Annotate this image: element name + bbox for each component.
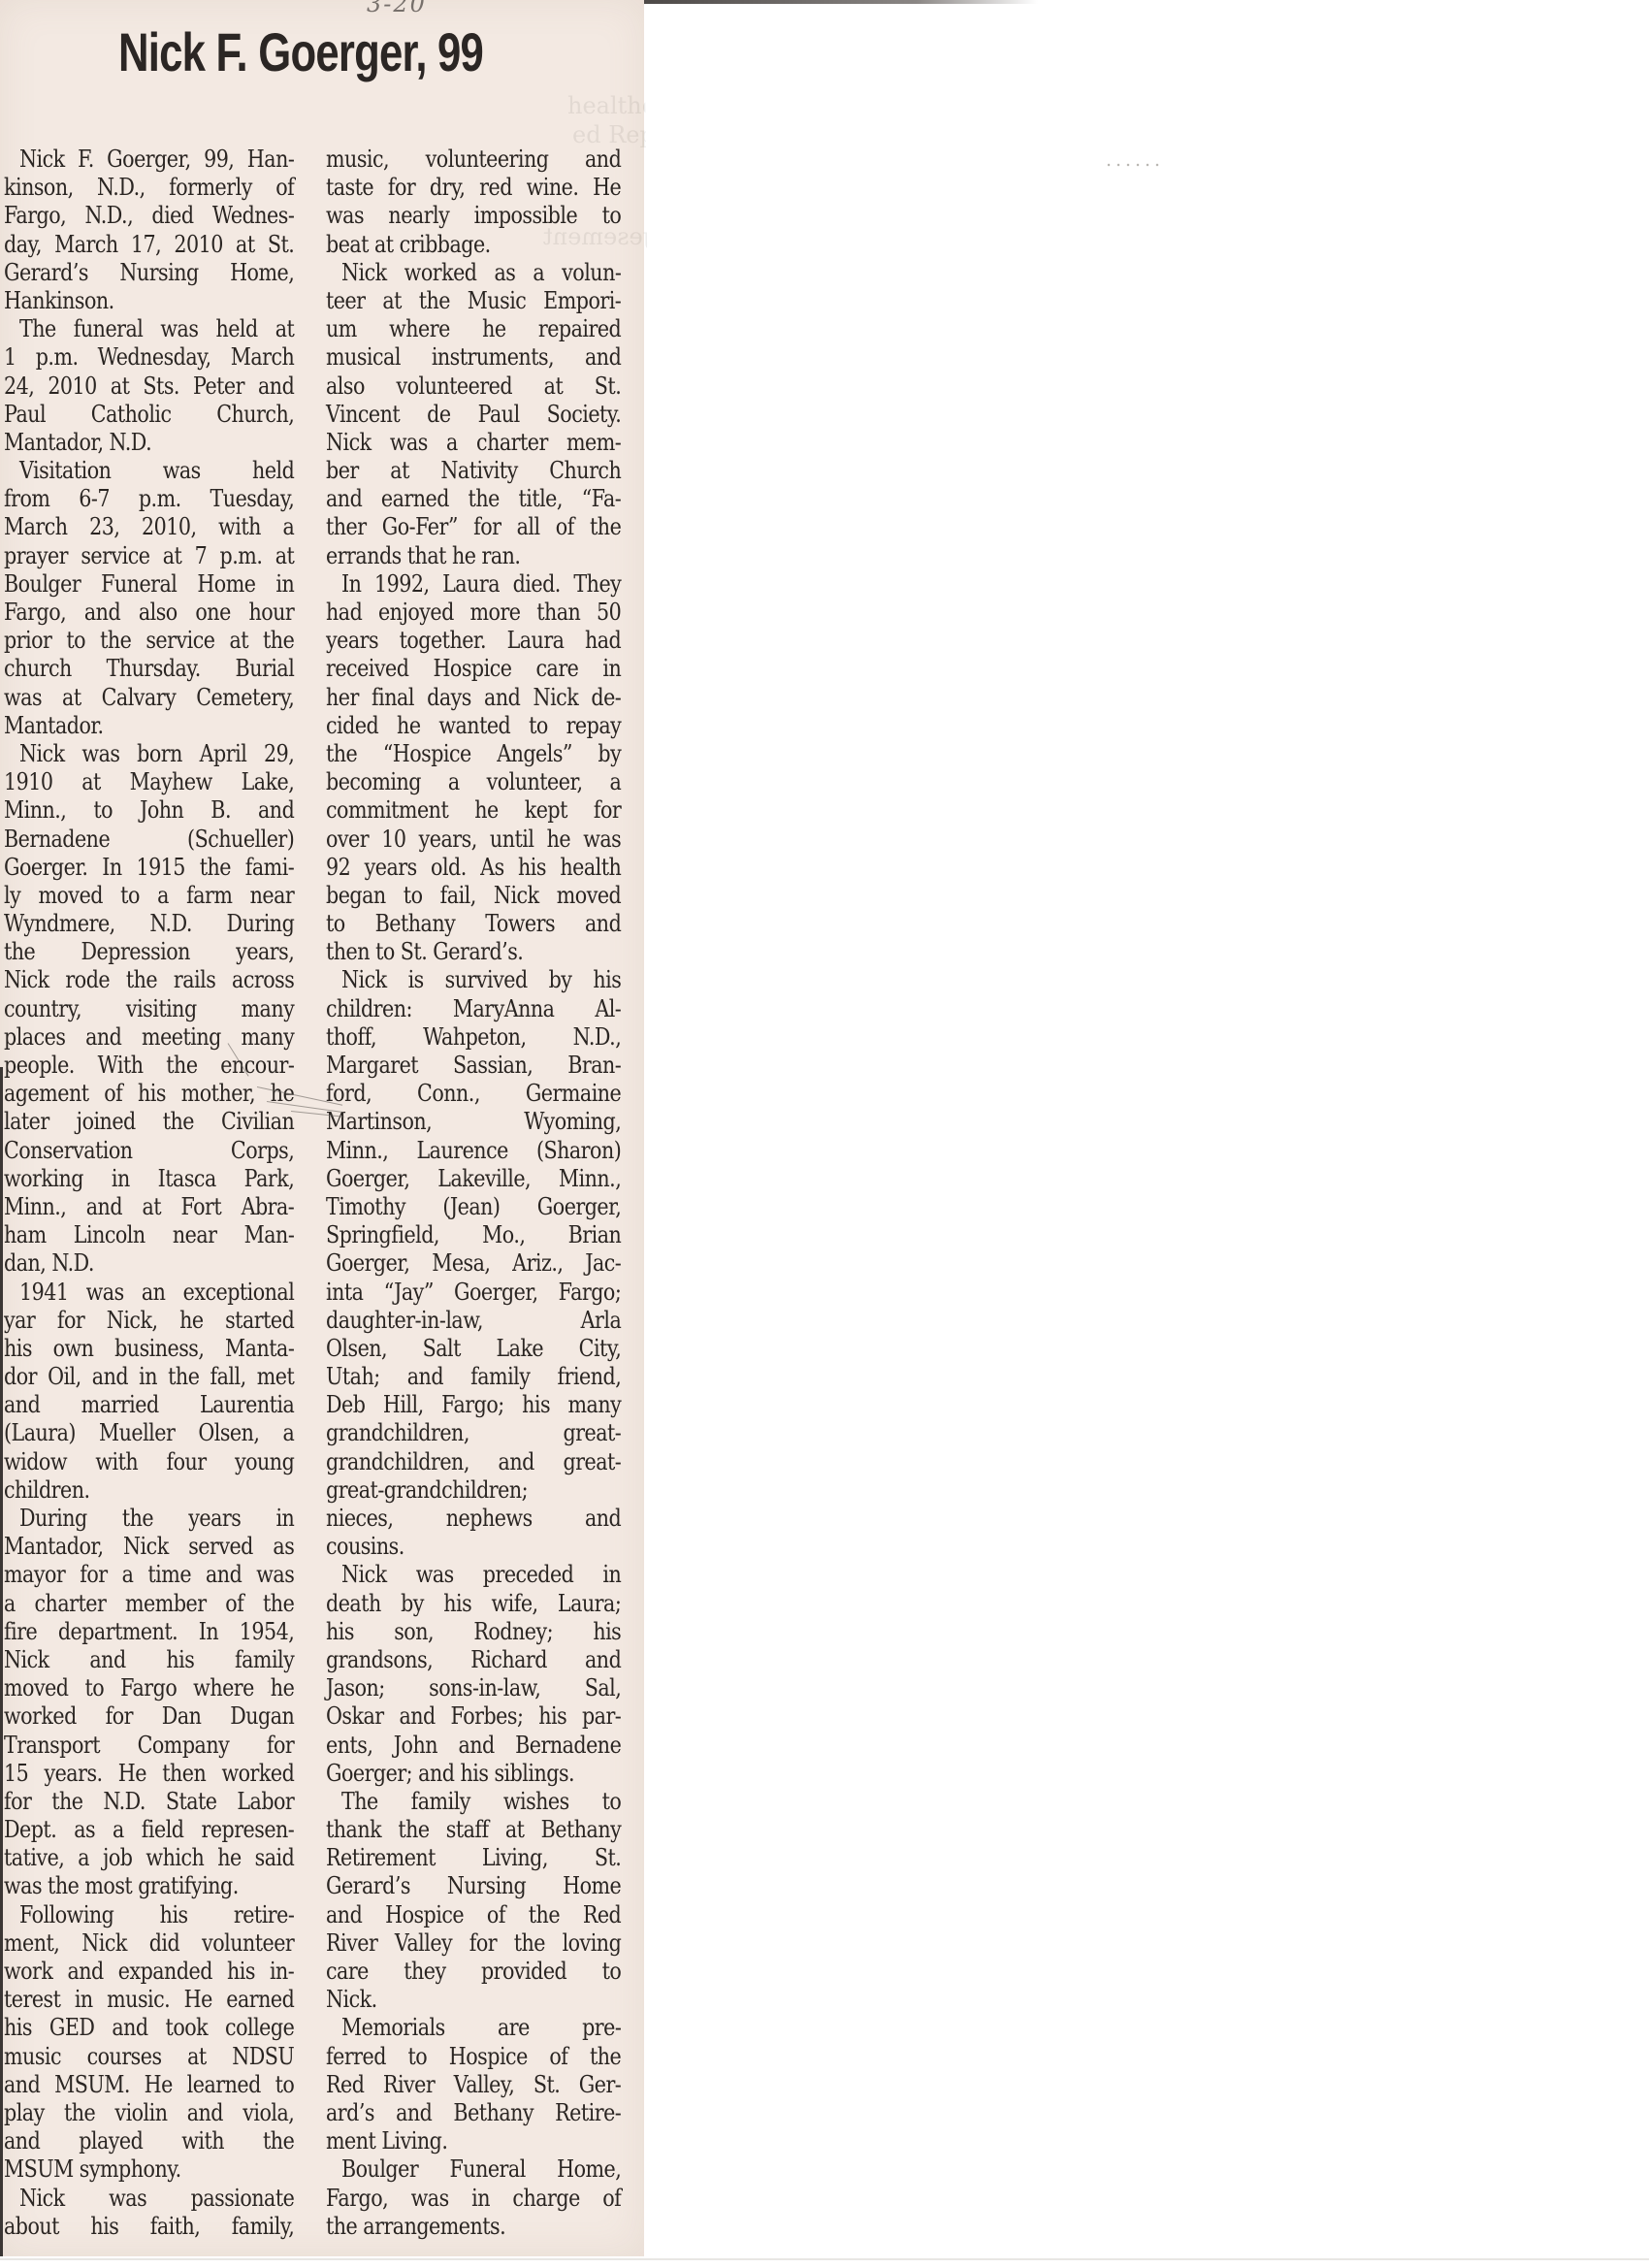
text-line: for the N.D. State Labor — [4, 1788, 295, 1816]
text-line: tative, a job which he said — [4, 1844, 295, 1872]
scanner-edge-strip — [630, 0, 1038, 4]
text-line: Goerger, Mesa, Ariz., Jac- — [326, 1249, 622, 1278]
text-line-content: ford, Conn., Germaine — [326, 1080, 621, 1108]
text-line-content: Nick and his family — [4, 1646, 294, 1674]
text-line: prior to the service at the — [4, 627, 295, 655]
text-line: ment, Nick did volunteer — [4, 1929, 295, 1958]
text-line: Mantador, Nick served as — [4, 1533, 295, 1561]
text-line: Goerger; and his siblings. — [326, 1760, 622, 1788]
text-line: country, visiting many — [4, 995, 295, 1023]
text-line: Fargo, N.D., died Wednes- — [4, 202, 295, 230]
text-line-content: Boulger Funeral Home in — [4, 570, 294, 599]
text-line-content: was the most gratifying. — [4, 1872, 294, 1900]
text-line: worked for Dan Dugan — [4, 1702, 295, 1731]
text-line-content: and played with the — [4, 2127, 294, 2155]
text-line: daughter-in-law, Arla — [326, 1307, 622, 1335]
text-line-content: Visitation was held — [19, 457, 294, 485]
text-line-content: grandchildren, and great- — [326, 1448, 621, 1476]
text-line: and played with the — [4, 2127, 295, 2155]
text-line-content: Red River Valley, St. Ger- — [326, 2071, 621, 2099]
text-line-content: music, volunteering and — [326, 146, 621, 174]
text-line: to Bethany Towers and — [326, 910, 622, 938]
text-line-content: from 6-7 p.m. Tuesday, — [4, 485, 294, 513]
text-line-content: ents, John and Bernadene — [326, 1732, 621, 1760]
text-line: moved to Fargo where he — [4, 1674, 295, 1702]
text-line-content: ly moved to a farm near — [4, 882, 294, 910]
text-line: grandsons, Richard and — [326, 1646, 622, 1674]
text-line-content: children: MaryAnna Al- — [326, 995, 621, 1023]
text-line-content: (Laura) Mueller Olsen, a — [4, 1419, 294, 1447]
text-line: inta “Jay” Goerger, Fargo; — [326, 1279, 622, 1307]
obituary-headline: Nick F. Goerger, 99 — [118, 17, 483, 87]
text-line-content: Nick F. Goerger, 99, Han- — [19, 146, 294, 174]
text-line-content: great-grandchildren; — [326, 1476, 621, 1505]
text-line: death by his wife, Laura; — [326, 1590, 622, 1618]
text-line: music courses at NDSU — [4, 2043, 295, 2071]
scan-bottom-edge — [0, 2258, 1649, 2260]
text-line: Nick rode the rails across — [4, 966, 295, 994]
text-line-content: care they provided to — [326, 1958, 621, 1986]
text-line-content: ferred to Hospice of the — [326, 2043, 621, 2071]
text-line-content: Nick rode the rails across — [4, 966, 294, 994]
text-line-content: 15 years. He then worked — [4, 1760, 294, 1788]
text-line-content: daughter-in-law, Arla — [326, 1307, 621, 1335]
text-line-content: Minn., Laurence (Sharon) — [326, 1137, 621, 1165]
text-line-content: had enjoyed more than 50 — [326, 599, 621, 627]
text-line-content: Margaret Sassian, Bran- — [326, 1052, 621, 1080]
text-line-content: prayer service at 7 p.m. at — [4, 542, 294, 570]
text-line-content: Nick was passionate — [19, 2185, 294, 2213]
text-line: people. With the encour- — [4, 1052, 295, 1080]
bleed-through-text: ed Represe — [572, 121, 705, 148]
text-line-content: Gerard’s Nursing Home — [326, 1872, 621, 1900]
text-line-content: The family wishes to — [341, 1788, 621, 1816]
article-column-right: music, volunteering andtaste for dry, re… — [326, 146, 622, 2241]
text-line: ham Lincoln near Man- — [4, 1221, 295, 1249]
paragraph-first-line: The funeral was held at — [4, 315, 295, 343]
text-line-content: musical instruments, and — [326, 343, 621, 372]
text-line: Goerger, Lakeville, Minn., — [326, 1165, 622, 1193]
text-line-content: ther Go-Fer” for all of the — [326, 513, 621, 541]
text-line-content: River Valley for the loving — [326, 1929, 621, 1958]
text-line: ents, John and Bernadene — [326, 1732, 622, 1760]
text-line-content: teer at the Music Empori- — [326, 287, 621, 315]
text-line-content: Transport Company for — [4, 1732, 294, 1760]
text-line: (Laura) Mueller Olsen, a — [4, 1419, 295, 1447]
text-line: grandchildren, and great- — [326, 1448, 622, 1476]
text-line: Fargo, and also one hour — [4, 599, 295, 627]
text-line-content: Hankinson. — [4, 287, 294, 315]
text-line: beat at cribbage. — [326, 231, 622, 259]
text-line-content: Timothy (Jean) Goerger, — [326, 1193, 621, 1221]
text-line: children. — [4, 1476, 295, 1505]
text-line: March 23, 2010, with a — [4, 513, 295, 541]
text-line-content: Minn., and at Fort Abra- — [4, 1193, 294, 1221]
paragraph-first-line: Nick was passionate — [4, 2185, 295, 2213]
text-line-content: beat at cribbage. — [326, 231, 621, 259]
text-line-content: Jason; sons-in-law, Sal, — [326, 1674, 621, 1702]
text-line-content: Mantador, Nick served as — [4, 1533, 294, 1561]
text-line: agement of his mother, he — [4, 1080, 295, 1108]
text-line-content: Olsen, Salt Lake City, — [326, 1335, 621, 1363]
text-line-content: cided he wanted to repay — [326, 712, 621, 740]
text-line: Dept. as a field represen- — [4, 1816, 295, 1844]
text-line-content: the arrangements. — [326, 2213, 621, 2241]
text-line: teer at the Music Empori- — [326, 287, 622, 315]
text-line-content: agement of his mother, he — [4, 1080, 294, 1108]
text-line: Mantador. — [4, 712, 295, 740]
text-line: ber at Nativity Church — [326, 457, 622, 485]
text-line-content: Goerger, Mesa, Ariz., Jac- — [326, 1249, 621, 1278]
paragraph-first-line: In 1992, Laura died. They — [326, 570, 622, 599]
text-line: children: MaryAnna Al- — [326, 995, 622, 1023]
text-line-content: Paul Catholic Church, — [4, 401, 294, 429]
text-line-content: terest in music. He earned — [4, 1986, 294, 2014]
text-line: yar for Nick, he started — [4, 1307, 295, 1335]
text-line-content: to Bethany Towers and — [326, 910, 621, 938]
text-line-content: grandsons, Richard and — [326, 1646, 621, 1674]
text-line-content: widow with four young — [4, 1448, 294, 1476]
text-line-content: and married Laurentia — [4, 1391, 294, 1419]
paragraph-first-line: Nick is survived by his — [326, 966, 622, 994]
text-line: Mantador, N.D. — [4, 429, 295, 457]
text-line-content: Goerger. In 1915 the fami- — [4, 854, 294, 882]
text-line: Jason; sons-in-law, Sal, — [326, 1674, 622, 1702]
text-line: was the most gratifying. — [4, 1872, 295, 1900]
text-line: Timothy (Jean) Goerger, — [326, 1193, 622, 1221]
text-line: work and expanded his in- — [4, 1958, 295, 1986]
text-line-content: day, March 17, 2010 at St. — [4, 231, 294, 259]
text-line-content: In 1992, Laura died. They — [341, 570, 621, 599]
text-line: Olsen, Salt Lake City, — [326, 1335, 622, 1363]
text-line-content: becoming a volunteer, a — [326, 768, 621, 796]
text-line: 1 p.m. Wednesday, March — [4, 343, 295, 372]
text-line: Paul Catholic Church, — [4, 401, 295, 429]
text-line: working in Itasca Park, — [4, 1165, 295, 1193]
text-line: places and meeting many — [4, 1023, 295, 1052]
text-line-content: thoff, Wahpeton, N.D., — [326, 1023, 621, 1052]
text-line: and Hospice of the Red — [326, 1901, 622, 1929]
text-line-content: dan, N.D. — [4, 1249, 294, 1278]
text-line: day, March 17, 2010 at St. — [4, 231, 295, 259]
paragraph-first-line: During the years in — [4, 1505, 295, 1533]
text-line: Springfield, Mo., Brian — [326, 1221, 622, 1249]
text-line-content: moved to Fargo where he — [4, 1674, 294, 1702]
text-line-content: then to St. Gerard’s. — [326, 938, 621, 966]
text-line: church Thursday. Burial — [4, 655, 295, 683]
text-line-content: about his faith, family, — [4, 2213, 294, 2241]
text-line: Nick was a charter mem- — [326, 429, 622, 457]
text-line-content: ber at Nativity Church — [326, 457, 621, 485]
text-line-content: dor Oil, and in the fall, met — [4, 1363, 294, 1391]
text-line-content: Mantador, N.D. — [4, 429, 294, 457]
text-line-content: a charter member of the — [4, 1590, 294, 1618]
text-line: was nearly impossible to — [326, 202, 622, 230]
text-line: River Valley for the loving — [326, 1929, 622, 1958]
text-line-content: Nick is survived by his — [341, 966, 621, 994]
text-line: nieces, nephews and — [326, 1505, 622, 1533]
text-line: Gerard’s Nursing Home — [326, 1872, 622, 1900]
text-line: Retirement Living, St. — [326, 1844, 622, 1872]
text-line: grandchildren, great- — [326, 1419, 622, 1447]
text-line-content: Mantador. — [4, 712, 294, 740]
text-line-content: his GED and took college — [4, 2014, 294, 2042]
text-line: Minn., Laurence (Sharon) — [326, 1137, 622, 1165]
text-line-content: her final days and Nick de- — [326, 684, 621, 712]
text-line: began to fail, Nick moved — [326, 882, 622, 910]
text-line: Fargo, was in charge of — [326, 2185, 622, 2213]
newspaper-clipping: 3-20 Nick F. Goerger, 99 healthc ed Repr… — [0, 0, 644, 2256]
text-line-content: kinson, N.D., formerly of — [4, 174, 294, 202]
text-line-content: The funeral was held at — [19, 315, 294, 343]
text-line-content: Minn., to John B. and — [4, 796, 294, 825]
text-line-content: yar for Nick, he started — [4, 1307, 294, 1335]
text-line: ther Go-Fer” for all of the — [326, 513, 622, 541]
text-line-content: Nick worked as a volun- — [341, 259, 621, 287]
text-line: his GED and took college — [4, 2014, 295, 2042]
text-line: errands that he ran. — [326, 542, 622, 570]
text-line: was at Calvary Cemetery, — [4, 684, 295, 712]
text-line-content: During the years in — [19, 1505, 294, 1533]
text-line: ment Living. — [326, 2127, 622, 2155]
text-line-content: ham Lincoln near Man- — [4, 1221, 294, 1249]
text-line: um where he repaired — [326, 315, 622, 343]
text-line: ferred to Hospice of the — [326, 2043, 622, 2071]
text-line-content: ment, Nick did volunteer — [4, 1929, 294, 1958]
text-line-content: music courses at NDSU — [4, 2043, 294, 2071]
article-column-left: Nick F. Goerger, 99, Han-kinson, N.D., f… — [4, 146, 295, 2241]
text-line-content: 24, 2010 at Sts. Peter and — [4, 373, 294, 401]
text-line: his own business, Manta- — [4, 1335, 295, 1363]
text-line: commitment he kept for — [326, 796, 622, 825]
text-line: Minn., and at Fort Abra- — [4, 1193, 295, 1221]
text-line-content: Bernadene (Schueller) — [4, 826, 294, 854]
text-line-content: nieces, nephews and — [326, 1505, 621, 1533]
text-line: Nick. — [326, 1986, 622, 2014]
text-line-content: Wyndmere, N.D. During — [4, 910, 294, 938]
text-line-content: ard’s and Bethany Retire- — [326, 2099, 621, 2127]
scan-dust-specks — [1104, 163, 1162, 167]
text-line-content: 1941 was an exceptional — [19, 1279, 294, 1307]
text-line-content: prior to the service at the — [4, 627, 294, 655]
text-line-content: inta “Jay” Goerger, Fargo; — [326, 1279, 621, 1307]
text-line-content: cousins. — [326, 1533, 621, 1561]
paragraph-first-line: Nick was preceded in — [326, 1561, 622, 1589]
paragraph-first-line: Memorials are pre- — [326, 2014, 622, 2042]
text-line: cided he wanted to repay — [326, 712, 622, 740]
text-line: and married Laurentia — [4, 1391, 295, 1419]
text-line-content: people. With the encour- — [4, 1052, 294, 1080]
text-line: Hankinson. — [4, 287, 295, 315]
text-line-content: taste for dry, red wine. He — [326, 174, 621, 202]
text-line-content: commitment he kept for — [326, 796, 621, 825]
text-line: music, volunteering and — [326, 146, 622, 174]
text-line-content: places and meeting many — [4, 1023, 294, 1052]
text-line-content: Vincent de Paul Society. — [326, 401, 621, 429]
text-line: Margaret Sassian, Bran- — [326, 1052, 622, 1080]
text-line: terest in music. He earned — [4, 1986, 295, 2014]
text-line-content: 1910 at Mayhew Lake, — [4, 768, 294, 796]
handwritten-date-note: 3-20 — [367, 0, 427, 17]
text-line: about his faith, family, — [4, 2213, 295, 2241]
text-line: Conservation Corps, — [4, 1137, 295, 1165]
text-line: cousins. — [326, 1533, 622, 1561]
text-line-content: Nick was a charter mem- — [326, 429, 621, 457]
text-line-content: church Thursday. Burial — [4, 655, 294, 683]
text-line-content: and MSUM. He learned to — [4, 2071, 294, 2099]
text-line: mayor for a time and was — [4, 1561, 295, 1589]
text-line-content: his son, Rodney; his — [326, 1618, 621, 1646]
text-line: received Hospice care in — [326, 655, 622, 683]
text-line: a charter member of the — [4, 1590, 295, 1618]
text-line-content: Nick was born April 29, — [19, 740, 294, 768]
text-line: the “Hospice Angels” by — [326, 740, 622, 768]
text-line: Transport Company for — [4, 1732, 295, 1760]
scan-left-border — [0, 1067, 3, 2260]
text-line-content: Fargo, and also one hour — [4, 599, 294, 627]
text-line-content: was nearly impossible to — [326, 202, 621, 230]
text-line: play the violin and viola, — [4, 2099, 295, 2127]
text-line-content: death by his wife, Laura; — [326, 1590, 621, 1618]
text-line-content: Dept. as a field represen- — [4, 1816, 294, 1844]
text-line-content: Following his retire- — [19, 1901, 294, 1929]
text-line-content: work and expanded his in- — [4, 1958, 294, 1986]
text-line-content: Fargo, was in charge of — [326, 2185, 621, 2213]
text-line-content: and earned the title, “Fa- — [326, 485, 621, 513]
text-line-content: Gerard’s Nursing Home, — [4, 259, 294, 287]
text-line-content: and Hospice of the Red — [326, 1901, 621, 1929]
text-line: later joined the Civilian — [4, 1108, 295, 1136]
text-line: becoming a volunteer, a — [326, 768, 622, 796]
text-line-content: Martinson, Wyoming, — [326, 1108, 621, 1136]
text-line-content: Memorials are pre- — [341, 2014, 621, 2042]
text-line: ly moved to a farm near — [4, 882, 295, 910]
paragraph-first-line: 1941 was an exceptional — [4, 1279, 295, 1307]
text-line-content: working in Itasca Park, — [4, 1165, 294, 1193]
text-line-content: errands that he ran. — [326, 542, 621, 570]
text-line: dor Oil, and in the fall, met — [4, 1363, 295, 1391]
text-line-content: mayor for a time and was — [4, 1561, 294, 1589]
text-line: Red River Valley, St. Ger- — [326, 2071, 622, 2099]
text-line: Gerard’s Nursing Home, — [4, 259, 295, 287]
text-line-content: Nick was preceded in — [341, 1561, 621, 1589]
text-line: Nick and his family — [4, 1646, 295, 1674]
text-line-content: fire department. In 1954, — [4, 1618, 294, 1646]
paragraph-first-line: Nick worked as a volun- — [326, 259, 622, 287]
text-line: Utah; and family friend, — [326, 1363, 622, 1391]
text-line: MSUM symphony. — [4, 2155, 295, 2184]
text-line: the arrangements. — [326, 2213, 622, 2241]
text-line-content: Utah; and family friend, — [326, 1363, 621, 1391]
text-line: Bernadene (Schueller) — [4, 826, 295, 854]
text-line-content: Springfield, Mo., Brian — [326, 1221, 621, 1249]
text-line: dan, N.D. — [4, 1249, 295, 1278]
text-line-content: MSUM symphony. — [4, 2155, 294, 2184]
text-line: great-grandchildren; — [326, 1476, 622, 1505]
text-line: Minn., to John B. and — [4, 796, 295, 825]
text-line: kinson, N.D., formerly of — [4, 174, 295, 202]
text-line: ford, Conn., Germaine — [326, 1080, 622, 1108]
text-line-content: the Depression years, — [4, 938, 294, 966]
paragraph-first-line: Boulger Funeral Home, — [326, 2155, 622, 2184]
text-line: Deb Hill, Fargo; his many — [326, 1391, 622, 1419]
text-line-content: the “Hospice Angels” by — [326, 740, 621, 768]
text-line: then to St. Gerard’s. — [326, 938, 622, 966]
text-line: and earned the title, “Fa- — [326, 485, 622, 513]
text-line: from 6-7 p.m. Tuesday, — [4, 485, 295, 513]
text-line-content: worked for Dan Dugan — [4, 1702, 294, 1731]
text-line-content: Boulger Funeral Home, — [341, 2155, 621, 2184]
text-line-content: Nick. — [326, 1986, 621, 2014]
text-line-content: play the violin and viola, — [4, 2099, 294, 2127]
text-line: ard’s and Bethany Retire- — [326, 2099, 622, 2127]
text-line-content: for the N.D. State Labor — [4, 1788, 294, 1816]
text-line-content: over 10 years, until he was — [326, 826, 621, 854]
text-line-content: country, visiting many — [4, 995, 294, 1023]
text-line-content: began to fail, Nick moved — [326, 882, 621, 910]
text-line: Martinson, Wyoming, — [326, 1108, 622, 1136]
text-line: also volunteered at St. — [326, 373, 622, 401]
text-line: Oskar and Forbes; his par- — [326, 1702, 622, 1731]
text-line-content: his own business, Manta- — [4, 1335, 294, 1363]
text-line: 1910 at Mayhew Lake, — [4, 768, 295, 796]
text-line-content: tative, a job which he said — [4, 1844, 294, 1872]
text-line-content: Goerger, Lakeville, Minn., — [326, 1165, 621, 1193]
text-line: had enjoyed more than 50 — [326, 599, 622, 627]
text-line-content: children. — [4, 1476, 294, 1505]
paragraph-first-line: Nick was born April 29, — [4, 740, 295, 768]
text-line: 92 years old. As his health — [326, 854, 622, 882]
bleed-through-text: healthc — [567, 92, 655, 119]
paragraph-first-line: Visitation was held — [4, 457, 295, 485]
text-line-content: ment Living. — [326, 2127, 621, 2155]
text-line-content: Retirement Living, St. — [326, 1844, 621, 1872]
text-line: Boulger Funeral Home in — [4, 570, 295, 599]
text-line: the Depression years, — [4, 938, 295, 966]
text-line: musical instruments, and — [326, 343, 622, 372]
text-line: care they provided to — [326, 1958, 622, 1986]
text-line-content: Oskar and Forbes; his par- — [326, 1702, 621, 1731]
text-line: 24, 2010 at Sts. Peter and — [4, 373, 295, 401]
text-line: 15 years. He then worked — [4, 1760, 295, 1788]
text-line-content: years together. Laura had — [326, 627, 621, 655]
paragraph-first-line: Nick F. Goerger, 99, Han- — [4, 146, 295, 174]
paragraph-first-line: The family wishes to — [326, 1788, 622, 1816]
text-line: thoff, Wahpeton, N.D., — [326, 1023, 622, 1052]
text-line-content: Deb Hill, Fargo; his many — [326, 1391, 621, 1419]
text-line: taste for dry, red wine. He — [326, 174, 622, 202]
text-line-content: thank the staff at Bethany — [326, 1816, 621, 1844]
text-line: over 10 years, until he was — [326, 826, 622, 854]
text-line-content: later joined the Civilian — [4, 1108, 294, 1136]
text-line-content: also volunteered at St. — [326, 373, 621, 401]
text-line: years together. Laura had — [326, 627, 622, 655]
text-line: fire department. In 1954, — [4, 1618, 295, 1646]
text-line-content: Fargo, N.D., died Wednes- — [4, 202, 294, 230]
text-line: her final days and Nick de- — [326, 684, 622, 712]
text-line-content: was at Calvary Cemetery, — [4, 684, 294, 712]
text-line: Wyndmere, N.D. During — [4, 910, 295, 938]
text-line: widow with four young — [4, 1448, 295, 1476]
text-line: prayer service at 7 p.m. at — [4, 542, 295, 570]
text-line: and MSUM. He learned to — [4, 2071, 295, 2099]
text-line-content: 1 p.m. Wednesday, March — [4, 343, 294, 372]
text-line: his son, Rodney; his — [326, 1618, 622, 1646]
text-line: Goerger. In 1915 the fami- — [4, 854, 295, 882]
text-line-content: Conservation Corps, — [4, 1137, 294, 1165]
text-line-content: received Hospice care in — [326, 655, 621, 683]
text-line-content: grandchildren, great- — [326, 1419, 621, 1447]
